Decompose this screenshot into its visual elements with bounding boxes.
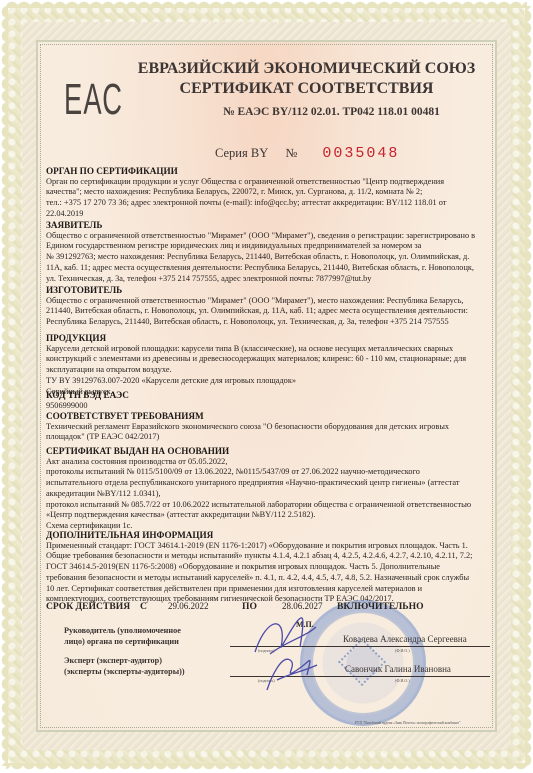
certificate-sheet: ЕАС ЕВРАЗИЙСКИЙ ЭКОНОМИЧЕСКИЙ СОЮЗ СЕРТИ… (0, 0, 533, 773)
section-additional-info: ДОПОЛНИТЕЛЬНАЯ ИНФОРМАЦИЯ Примененный ст… (46, 530, 489, 605)
expert-name: Савончик Галина Ивановна (345, 664, 451, 674)
text-line: ул. Техническая, д. 3а, телефон +375 214… (46, 274, 489, 285)
expert-name-caption: (Ф.И.О.) (395, 678, 410, 683)
section-title: КОД ТН ВЭД ЕАЭС (46, 390, 489, 401)
validity-to-date: 28.06.2027 (282, 601, 323, 611)
section-body: Орган по сертификации продукции и услуг … (46, 177, 489, 220)
validity-from-label: С (140, 601, 147, 612)
text-line: испытательного отдела республиканского у… (46, 478, 489, 489)
section-body: Акт анализа состояния производства от 05… (46, 457, 489, 533)
section-title: СООТВЕТСТВУЕТ ТРЕБОВАНИЯМ (46, 411, 489, 422)
text-line: 11А, каб. 11; адрес места осуществления … (46, 263, 489, 274)
text-line: аккредитации №BY/112 1.0341), (46, 489, 489, 500)
section-product: ПРОДУКЦИЯ Карусели детской игровой площа… (46, 333, 489, 397)
text-line: Орган по сертификации продукции и услуг … (46, 177, 489, 188)
text-line: Карусели детской игровой площадки: карус… (46, 344, 489, 355)
text-line: тел.: +375 17 270 73 36; адрес электронн… (46, 198, 489, 209)
text-line: протокол испытаний № 085.7/22 от 10.06.2… (46, 500, 489, 511)
head-role: Руководитель (уполномоченное лицо) орган… (64, 626, 181, 647)
certificate-title: СЕРТИФИКАТ СООТВЕТСТВИЯ (40, 80, 533, 98)
head-name: Ковалева Александра Сергеевна (343, 634, 467, 644)
expert-role: Эксперт (эксперт-аудитор) (эксперты (экс… (64, 656, 185, 677)
head-name-caption: (Ф.И.О.) (395, 648, 410, 653)
text-line: Общество с ограниченной ответственностью… (46, 296, 489, 307)
section-title: СЕРТИФИКАТ ВЫДАН НА ОСНОВАНИИ (46, 446, 489, 457)
section-title: ЗАЯВИТЕЛЬ (46, 220, 489, 231)
validity-label: СРОК ДЕЙСТВИЯ (46, 601, 130, 612)
expert-signature (262, 645, 322, 695)
section-title: ОРГАН ПО СЕРТИФИКАЦИИ (46, 166, 489, 177)
text-line: конструкций с элементами из древесины и … (46, 354, 489, 365)
section-body: Примененный стандарт: ГОСТ 34614.1-2019 … (46, 541, 489, 606)
section-basis: СЕРТИФИКАТ ВЫДАН НА ОСНОВАНИИ Акт анализ… (46, 446, 489, 532)
text-line: Республика Беларусь, 211440, Витебская о… (46, 317, 489, 328)
text-line: Эксперт (эксперт-аудитор) (64, 656, 185, 667)
section-body: Технический регламент Евразийского эконо… (46, 422, 489, 444)
series-line: Серия BY № 0035048 (215, 145, 399, 162)
scalloped-edge-right (525, 6, 533, 766)
text-line: Общество с ограниченной ответственностью… (46, 231, 489, 242)
text-line: ГОСТ 34614.5-2019(EN 1176-5:2008) «Обору… (46, 562, 489, 573)
text-line: эксплуатации на открытом воздухе. (46, 365, 489, 376)
section-body: Общество с ограниченной ответственностью… (46, 231, 489, 285)
text-line: лицо) органа по сертификации (64, 637, 181, 648)
section-body: Общество с ограниченной ответственностью… (46, 296, 489, 328)
section-title: ДОПОЛНИТЕЛЬНАЯ ИНФОРМАЦИЯ (46, 530, 489, 541)
text-line: ТУ BY 39129763.007-2020 «Карусели детски… (46, 376, 489, 387)
section-manufacturer: ИЗГОТОВИТЕЛЬ Общество с ограниченной отв… (46, 285, 489, 328)
union-title: ЕВРАЗИЙСКИЙ ЭКОНОМИЧЕСКИЙ СОЮЗ (40, 60, 533, 78)
text-line: Примененный стандарт: ГОСТ 34614.1-2019 … (46, 541, 489, 552)
number-sign: № (285, 146, 297, 160)
scalloped-edge-top (6, 0, 527, 8)
validity-inclusive: ВКЛЮЧИТЕЛЬНО (337, 601, 424, 612)
section-hs-code: КОД ТН ВЭД ЕАЭС 9506999000 (46, 390, 489, 411)
section-certification-body: ОРГАН ПО СЕРТИФИКАЦИИ Орган по сертифика… (46, 166, 489, 220)
text-line: «Центр подтверждения качества» (аттестат… (46, 510, 489, 521)
section-title: ИЗГОТОВИТЕЛЬ (46, 285, 489, 296)
text-line: Едином государственном регистре юридичес… (46, 241, 489, 252)
validity-from-date: 29.06.2022 (168, 601, 209, 611)
validity-to-label: ПО (242, 601, 257, 612)
text-line: 211440, Витебская область, г. Новополоцк… (46, 306, 489, 317)
text-line: 22.04.2019 (46, 209, 489, 220)
text-line: качества"; место нахождения: Республика … (46, 187, 489, 198)
scalloped-edge-bottom (6, 763, 527, 773)
text-line: № 391292763; место нахождения: Республик… (46, 252, 489, 263)
text-line: Общие требования безопасности и методы и… (46, 551, 489, 562)
text-line: Технический регламент Евразийского эконо… (46, 422, 489, 433)
hs-code-value: 9506999000 (46, 401, 489, 412)
text-line: (эксперты (эксперты-аудиторы)) (64, 667, 185, 678)
section-applicant: ЗАЯВИТЕЛЬ Общество с ограниченной ответс… (46, 220, 489, 284)
text-line: 10 лет. Сертификат соответствия действит… (46, 584, 489, 595)
text-line: Акт анализа состояния производства от 05… (46, 457, 489, 468)
text-line: Руководитель (уполномоченное (64, 626, 181, 637)
text-line: протоколы испытаний № 0115/5100/09 от 13… (46, 467, 489, 478)
scalloped-edge-left (0, 6, 8, 766)
text-line: площадок" (ТР ЕАЭС 042/2017) (46, 432, 489, 443)
series-label: Серия BY (215, 146, 268, 160)
printer-imprint: РУП "Витебский ордена «Знак Почета» поли… (355, 721, 460, 725)
section-requirements: СООТВЕТСТВУЕТ ТРЕБОВАНИЯМ Технический ре… (46, 411, 489, 443)
certificate-number: № ЕАЭС BY/112 02.01. ТР042 118.01 00481 (65, 106, 533, 118)
text-line: требования безопасности и методы испытан… (46, 573, 489, 584)
serial-number: 0035048 (322, 145, 399, 162)
section-title: ПРОДУКЦИЯ (46, 333, 489, 344)
